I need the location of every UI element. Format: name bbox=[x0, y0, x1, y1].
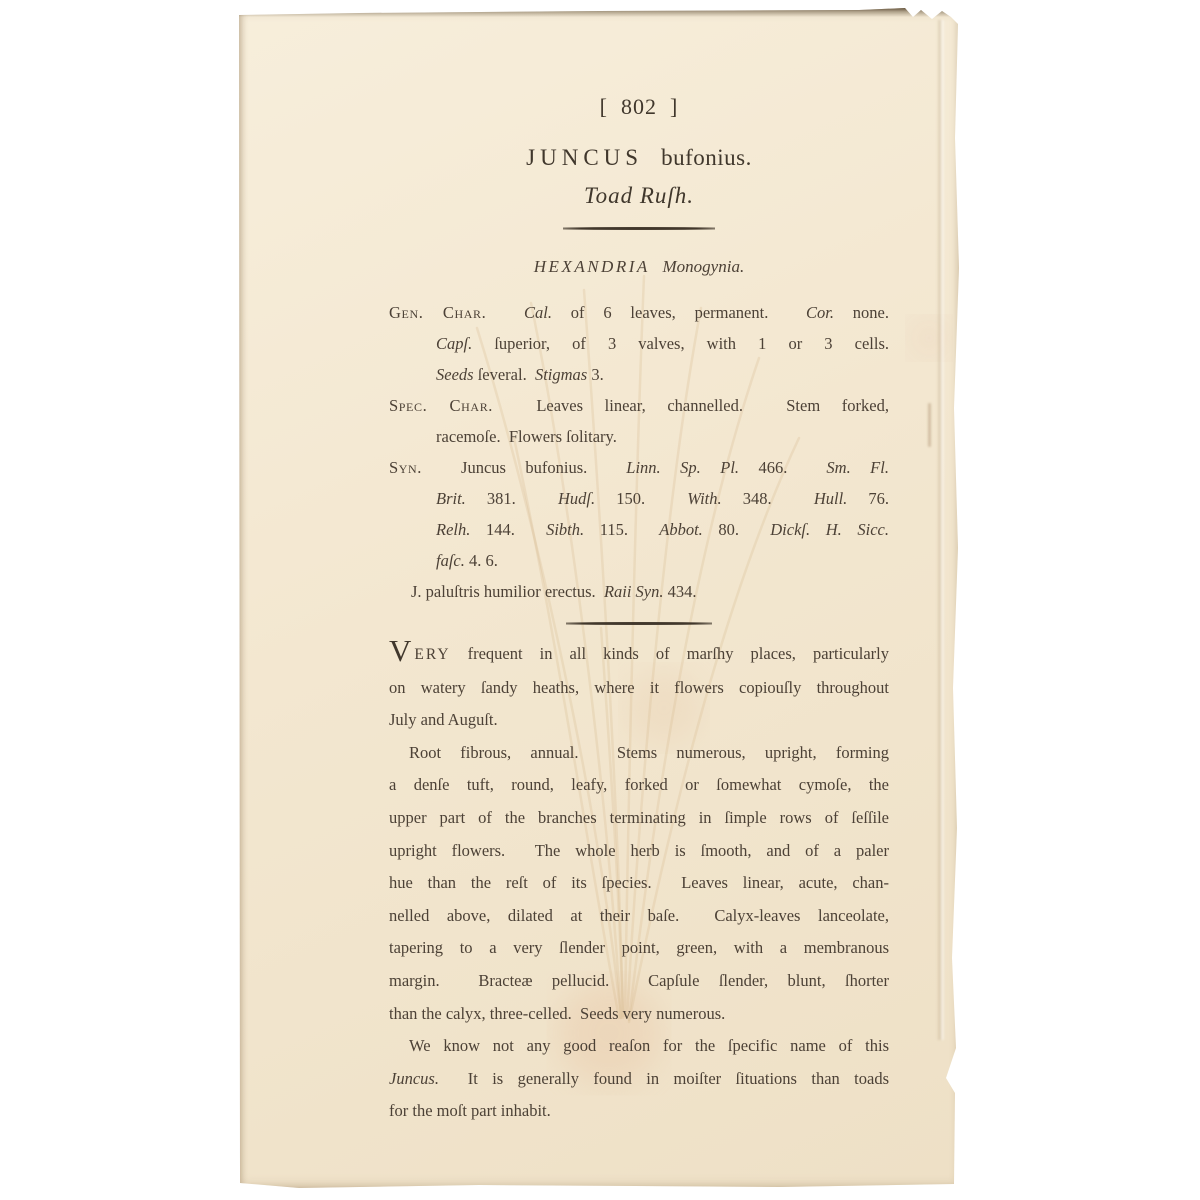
text-line: We know not any good reaſon for the ſpec… bbox=[389, 1030, 889, 1063]
generic-character-section: Gen. Char. Cal. of 6 leaves, permanent. … bbox=[389, 297, 889, 390]
text-line: VERY frequent in all kinds of marſhy pla… bbox=[389, 638, 889, 672]
text-line: hue than the reſt of its ſpecies. Leaves… bbox=[389, 867, 889, 900]
page-top-edge-shadow bbox=[239, 8, 961, 17]
text-line: margin. Bracteæ pellucid. Capſule ſlende… bbox=[389, 965, 889, 998]
printed-text-block: [ 802 ] JUNCUSbufonius. Toad Ruſh. HEXAN… bbox=[389, 94, 889, 1128]
species-title: JUNCUSbufonius. bbox=[389, 144, 889, 172]
text-line: racemoſe. Flowers ſolitary. bbox=[389, 421, 889, 452]
page-number: [ 802 ] bbox=[389, 94, 889, 120]
description-text: VERY frequent in all kinds of marſhy pla… bbox=[389, 638, 889, 1128]
text-line: faſc. 4. 6. bbox=[389, 545, 889, 576]
text-line: upright flowers. The whole herb is ſmoot… bbox=[389, 835, 889, 868]
text-line: Juncus. It is generally found in moiſter… bbox=[389, 1063, 889, 1096]
text-line: Brit. 381. Hudſ. 150. With. 348. Hull. 7… bbox=[389, 483, 889, 514]
synonyms-section: Syn. Juncus bufonius. Linn. Sp. Pl. 466.… bbox=[389, 452, 889, 576]
text-line: a denſe tuft, round, leafy, forked or ſo… bbox=[389, 769, 889, 802]
scan-background: [ 802 ] JUNCUSbufonius. Toad Ruſh. HEXAN… bbox=[0, 0, 1200, 1200]
text-line: Root fibrous, annual. Stems numerous, up… bbox=[389, 737, 889, 770]
text-line: on watery ſandy heaths, where it flowers… bbox=[389, 672, 889, 705]
text-line: Seeds ſeveral. Stigmas 3. bbox=[389, 359, 889, 390]
text-line: Relh. 144. Sibth. 115. Abbot. 80. Dickſ.… bbox=[389, 514, 889, 545]
text-line: Spec. Char. Leaves linear, channelled. S… bbox=[389, 390, 889, 421]
text-line: than the calyx, three-celled. Seeds very… bbox=[389, 998, 889, 1031]
page-crease bbox=[937, 20, 945, 1040]
common-name: Toad Ruſh. bbox=[389, 182, 889, 210]
text-line: July and Auguſt. bbox=[389, 704, 889, 737]
book-page: [ 802 ] JUNCUSbufonius. Toad Ruſh. HEXAN… bbox=[239, 8, 961, 1188]
text-line: J. paluſtris humilior erectus. Raii Syn.… bbox=[389, 576, 889, 607]
text-line: tapering to a very ſlender point, green,… bbox=[389, 932, 889, 965]
genus-name: JUNCUS bbox=[526, 145, 643, 170]
taxonomy-line: HEXANDRIA Monogynia. bbox=[389, 251, 889, 282]
section-divider-rule bbox=[563, 227, 715, 230]
text-line: Syn. Juncus bufonius. Linn. Sp. Pl. 466.… bbox=[389, 452, 889, 483]
text-line: for the moſt part inhabit. bbox=[389, 1095, 889, 1128]
species-epithet: bufonius. bbox=[661, 145, 752, 170]
text-line: Capſ. ſuperior, of 3 valves, with 1 or 3… bbox=[389, 328, 889, 359]
text-line: nelled above, dilated at their baſe. Cal… bbox=[389, 900, 889, 933]
specific-character-section: Spec. Char. Leaves linear, channelled. S… bbox=[389, 390, 889, 452]
text-line: Gen. Char. Cal. of 6 leaves, permanent. … bbox=[389, 297, 889, 328]
text-line: upper part of the branches terminating i… bbox=[389, 802, 889, 835]
paper-stain bbox=[928, 403, 931, 447]
ray-synonym-section: J. paluſtris humilior erectus. Raii Syn.… bbox=[389, 576, 889, 607]
section-divider-rule bbox=[566, 622, 712, 625]
